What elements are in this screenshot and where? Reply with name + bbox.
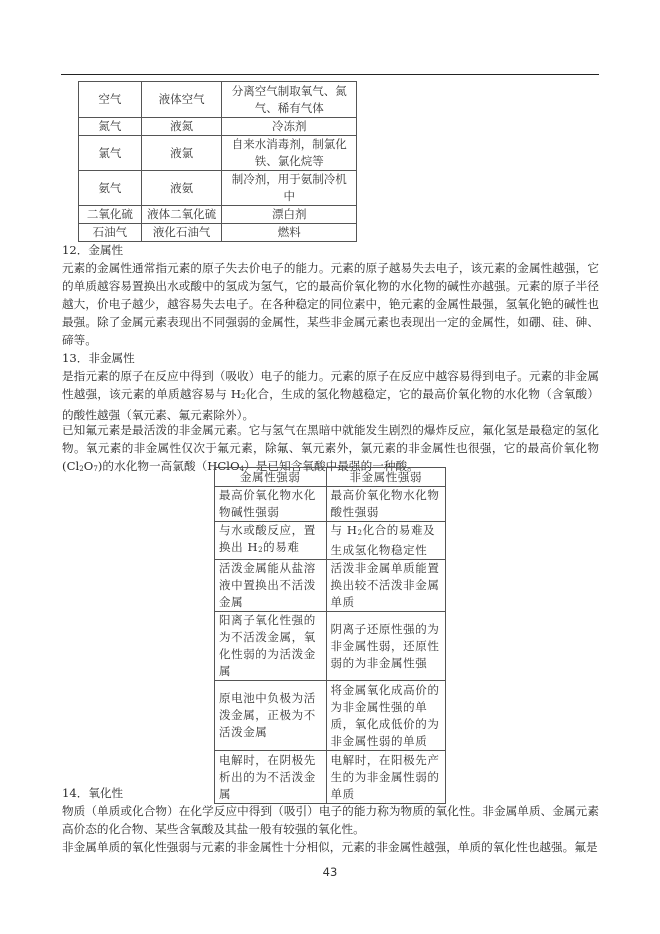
table-cell: 氨气 bbox=[79, 171, 142, 206]
table-cell: 活泼金属能从盐溶液中置换出不活泼金属 bbox=[215, 560, 327, 612]
table-cell: 自来水消毒剂，制氯化铁、氯化烷等 bbox=[222, 136, 357, 171]
table-cell: 将金属氧化成高价的为非金属性强的单质，氧化成低价的为非金属性弱的单质 bbox=[326, 681, 445, 751]
table-cell: 阳离子氧化性强的为不活泼金属，氧化性弱的为活泼金属 bbox=[215, 612, 327, 681]
table-cell: 与水或酸反应，置换出 H2的易难 bbox=[215, 522, 327, 560]
table-cell: 漂白剂 bbox=[222, 206, 357, 224]
table-row: 二氧化硫 液体二氧化硫 漂白剂 bbox=[79, 206, 357, 224]
table-cell: 电解时，在阳极先产生的为非金属性弱的单质 bbox=[326, 751, 445, 804]
table-cell: 最高价氧化物水化物碱性强弱 bbox=[215, 487, 327, 522]
table-cell: 与 H2化合的易难及生成氢化物稳定性 bbox=[326, 522, 445, 560]
table-row: 石油气 液化石油气 燃料 bbox=[79, 224, 357, 242]
table-cell: 空气 bbox=[79, 82, 142, 118]
table-cell: 液化石油气 bbox=[141, 224, 222, 242]
table-cell: 燃料 bbox=[222, 224, 357, 242]
table-row: 空气 液体空气 分离空气制取氧气、氮气、稀有气体 bbox=[79, 82, 357, 118]
table-row: 氯气 液氯 自来水消毒剂，制氯化铁、氯化烷等 bbox=[79, 136, 357, 171]
text-run: 与 H bbox=[331, 523, 358, 537]
table-cell: 电解时，在阴极先析出的为不活泼金属 bbox=[215, 751, 327, 804]
table-header-cell: 金属性强弱 bbox=[215, 468, 327, 487]
table-cell: 原电池中负极为活泼金属，正极为不活泼金属 bbox=[215, 681, 327, 751]
table-cell: 最高价氧化物水化物酸性强弱 bbox=[326, 487, 445, 522]
section-body-oxidizing-1: 物质（单质或化合物）在化学反应中得到（吸引）电子的能力称为物质的氧化性。非金属单… bbox=[62, 802, 599, 838]
section-heading-oxidizing: 14．氧化性 bbox=[62, 784, 123, 802]
table-row: 电解时，在阴极先析出的为不活泼金属 电解时，在阳极先产生的为非金属性弱的单质 bbox=[215, 751, 446, 804]
table-header-row: 金属性强弱 非金属性强弱 bbox=[215, 468, 446, 487]
table-header-cell: 非金属性强弱 bbox=[326, 468, 445, 487]
table-cell: 分离空气制取氧气、氮气、稀有气体 bbox=[222, 82, 357, 118]
metallicity-comparison-table: 金属性强弱 非金属性强弱 最高价氧化物水化物碱性强弱 最高价氧化物水化物酸性强弱… bbox=[214, 467, 446, 804]
section-heading-nonmetallicity: 13．非金属性 bbox=[62, 349, 135, 367]
table-cell: 冷冻剂 bbox=[222, 118, 357, 136]
table-cell: 液体空气 bbox=[141, 82, 222, 118]
text-run: 的易难 bbox=[263, 540, 299, 554]
table-row: 与水或酸反应，置换出 H2的易难 与 H2化合的易难及生成氢化物稳定性 bbox=[215, 522, 446, 560]
table-row: 活泼金属能从盐溶液中置换出不活泼金属 活泼非金属单质能置换出较不活泼非金属单质 bbox=[215, 560, 446, 612]
table-cell: 阴离子还原性强的为非金属性弱，还原性弱的为非金属性强 bbox=[326, 612, 445, 681]
section-body-metallicity: 元素的金属性通常指元素的原子失去价电子的能力。元素的原子越易失去电子，该元素的金… bbox=[62, 259, 599, 349]
table-row: 原电池中负极为活泼金属，正极为不活泼金属 将金属氧化成高价的为非金属性强的单质，… bbox=[215, 681, 446, 751]
table-cell: 液氮 bbox=[141, 118, 222, 136]
table-cell: 石油气 bbox=[79, 224, 142, 242]
page-number: 43 bbox=[0, 865, 660, 879]
section-heading-metallicity: 12．金属性 bbox=[62, 241, 123, 259]
header-rule bbox=[61, 74, 599, 75]
text-run: O bbox=[84, 459, 94, 473]
section-body-oxidizing-2: 非金属单质的氧化性强弱与元素的非金属性十分相似，元素的非金属性越强，单质的氧化性… bbox=[62, 838, 599, 856]
table-cell: 活泼非金属单质能置换出较不活泼非金属单质 bbox=[326, 560, 445, 612]
table-row: 阳离子氧化性强的为不活泼金属，氧化性弱的为活泼金属 阴离子还原性强的为非金属性弱… bbox=[215, 612, 446, 681]
table-cell: 液体二氧化硫 bbox=[141, 206, 222, 224]
table-row: 氨气 液氨 制冷剂，用于氨制冷机中 bbox=[79, 171, 357, 206]
table-cell: 氮气 bbox=[79, 118, 142, 136]
liquefied-gas-table: 空气 液体空气 分离空气制取氧气、氮气、稀有气体 氮气 液氮 冷冻剂 氯气 液氯… bbox=[78, 81, 357, 242]
table-cell: 液氨 bbox=[141, 171, 222, 206]
table-row: 氮气 液氮 冷冻剂 bbox=[79, 118, 357, 136]
section-body-nonmetallicity-1: 是指元素的原子在反应中得到（吸收）电子的能力。元素的原子在反应中越容易得到电子。… bbox=[62, 367, 599, 424]
table-cell: 二氧化硫 bbox=[79, 206, 142, 224]
table-cell: 液氯 bbox=[141, 136, 222, 171]
table-cell: 氯气 bbox=[79, 136, 142, 171]
table-cell: 制冷剂，用于氨制冷机中 bbox=[222, 171, 357, 206]
table-row: 最高价氧化物水化物碱性强弱 最高价氧化物水化物酸性强弱 bbox=[215, 487, 446, 522]
